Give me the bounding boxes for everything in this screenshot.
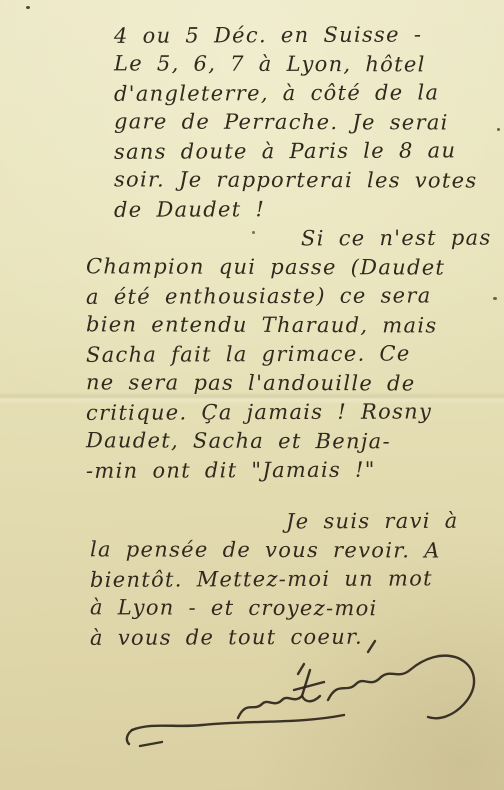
letter-line: a été enthousiaste) ce sera — [86, 281, 498, 312]
letter-line: sans doute à Paris le 8 au — [114, 136, 498, 167]
paragraph: Je suis ravi àla pensée de vous revoir. … — [86, 507, 498, 652]
signature-flourish-graphic — [118, 638, 498, 750]
letter-line: Champion qui passe (Daudet — [86, 252, 498, 282]
letter-line: ne sera pas l'andouille de — [86, 368, 498, 398]
letter-line: Sacha fait la grimace. Ce — [86, 339, 498, 370]
letter-line: la pensée de vous revoir. A — [90, 535, 498, 565]
letter-line: de Daudet ! — [114, 194, 498, 225]
paragraph: Si ce n'est pasChampion qui passe (Daude… — [86, 224, 498, 485]
letter-line: Je suis ravi à — [286, 507, 498, 537]
signature-rene-benjamin — [118, 638, 498, 750]
letter-line: Le 5, 6, 7 à Lyon, hôtel — [114, 49, 498, 79]
letter-page: 4 ou 5 Déc. en Suisse -Le 5, 6, 7 à Lyon… — [0, 0, 504, 790]
letter-line: -min ont dit "Jamais !" — [86, 455, 498, 486]
letter-line: soir. Je rapporterai les votes — [114, 165, 498, 195]
letter-line: gare de Perrache. Je serai — [114, 107, 498, 137]
letter-line: bientôt. Mettez-moi un mot — [90, 564, 498, 595]
letter-line: critique. Ça jamais ! Rosny — [86, 397, 498, 428]
letter-line: à Lyon - et croyez-moi — [90, 593, 498, 623]
letter-line: bien entendu Tharaud, mais — [86, 310, 498, 340]
letter-line: Si ce n'est pas — [301, 224, 498, 254]
paragraph: 4 ou 5 Déc. en Suisse -Le 5, 6, 7 à Lyon… — [86, 21, 498, 224]
letter-line: d'angleterre, à côté de la — [114, 78, 498, 109]
letter-line: 4 ou 5 Déc. en Suisse - — [114, 20, 498, 51]
letter-line: Daudet, Sacha et Benja- — [86, 426, 498, 456]
letter-body: 4 ou 5 Déc. en Suisse -Le 5, 6, 7 à Lyon… — [0, 0, 504, 652]
